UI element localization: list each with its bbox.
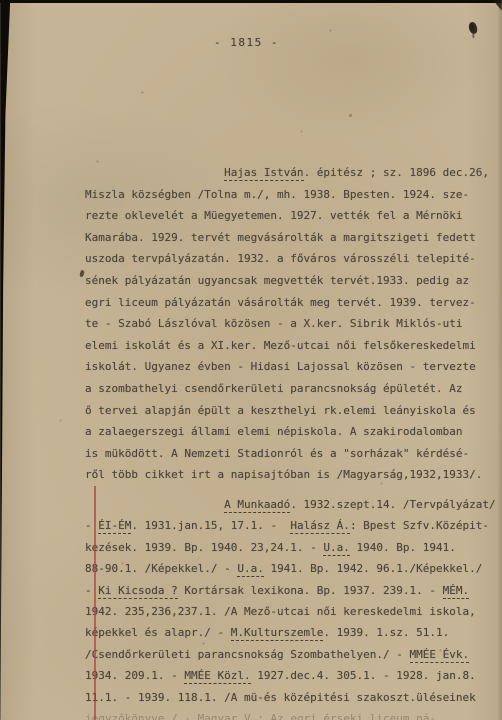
text-line: elemi iskolát és a XI.ker. Mező-utcai nő… (85, 339, 476, 354)
text-segment: 1940. Bp. 1941. (350, 541, 456, 554)
text-segment: Kortársak lexikona. Bp. 1937. 239.1. - (178, 584, 443, 597)
underlined-text: U.a. (237, 562, 264, 577)
stray-mark (79, 270, 85, 278)
red-margin-line (94, 486, 96, 720)
text-segment: a szombathelyi csendőrkerületi parancsno… (85, 382, 463, 395)
page-number: - 1815 - (214, 36, 279, 49)
text-segment: elemi iskolát és a XI.ker. Mező-utcai nő… (85, 339, 476, 352)
text-segment: uszoda tervpályázatán. 1932. a főváros v… (85, 252, 476, 265)
text-segment: iskolát. Ugyanez évben - Hidasi Lajossal… (85, 360, 476, 373)
text-line: jegyzőkönyve./ - Magyar V.: Az egri érse… (85, 712, 436, 720)
scan-edge-top (0, 0, 502, 3)
text-segment: 1942. 235,236,237.1. /A Mező-utcai női k… (85, 605, 476, 618)
text-line: a zalaegerszegi állami elemi népiskola. … (85, 425, 463, 440)
underlined-text: MMÉE Közl. (184, 669, 250, 684)
text-segment: 1927.dec.4. 305.1. - 1928. jan.8. (251, 669, 476, 682)
text-line: sének pályázatán ugyancsak megvették ter… (85, 274, 469, 289)
underlined-text: MÉM. (443, 584, 470, 599)
text-line: egri liceum pályázatán vásárolták meg te… (85, 296, 476, 311)
text-line: te - Szabó Lászlóval közösen - a X.ker. … (85, 317, 463, 332)
text-segment: sének pályázatán ugyancsak megvették ter… (85, 274, 469, 287)
text-line: 1934. 209.1. - MMÉE Közl. 1927.dec.4. 30… (85, 669, 476, 684)
underlined-text: M.Kulturszemle (231, 626, 324, 641)
text-segment: ről több cikket irt a napisajtóban is /M… (85, 468, 482, 481)
text-segment: egri liceum pályázatán vásárolták meg te… (85, 296, 476, 309)
underlined-text: Hajas István (224, 166, 303, 181)
underlined-text: MMÉE Évk. (410, 648, 470, 663)
text-line: Hajas István. épitész ; sz. 1896 dec.26, (85, 166, 489, 181)
text-line: kezések. 1939. Bp. 1940. 23,24.1. - U.a.… (85, 541, 456, 556)
text-segment: a zalaegerszegi állami elemi népiskola. … (85, 425, 463, 438)
text-line: rezte oklevelét a Müegyetemen. 1927. vet… (85, 209, 463, 224)
text-segment: : Az egri érseki liceum pá- (257, 712, 436, 720)
text-segment: - (85, 519, 98, 532)
text-line: 11.1. - 1939. 118.1. /A mü-és középitési… (85, 691, 476, 706)
text-segment: . 1939. 1.sz. 51.1. (323, 626, 449, 639)
text-line: Kamarába. 1929. tervét megvásárolták a m… (85, 231, 476, 246)
text-segment: - (85, 584, 98, 597)
text-segment: rezte oklevelét a Müegyetemen. 1927. vet… (85, 209, 463, 222)
text-line: képekkel és alapr./ - M.Kulturszemle. 19… (85, 626, 449, 641)
text-line: is müködött. A Nemzeti Stadionról és a "… (85, 447, 469, 462)
text-line: uszoda tervpályázatán. 1932. a főváros v… (85, 252, 476, 267)
text-segment: 1941. Bp. 1942. 96.1./Képekkel./ (264, 562, 483, 575)
text-line: a szombathelyi csendőrkerületi parancsno… (85, 382, 463, 397)
text-segment: jegyzőkönyve./ - (85, 712, 198, 720)
underlined-text: Magyar V. (198, 712, 258, 720)
text-line: 1942. 235,236,237.1. /A Mező-utcai női k… (85, 605, 476, 620)
text-line: A Munkaadó. 1932.szept.14. /Tervpályázat… (85, 498, 496, 513)
text-segment: 11.1. - 1939. 118.1. /A mü-és középitési… (85, 691, 476, 704)
text-segment (85, 498, 224, 511)
underlined-text: A Munkaadó (224, 498, 290, 513)
text-line: iskolát. Ugyanez évben - Hidasi Lajossal… (85, 360, 476, 375)
text-line: /Csendőrkerületi parancsnokság Szombathe… (85, 648, 469, 663)
text-segment: . 1932.szept.14. /Tervpályázat/ (290, 498, 495, 511)
text-segment: is müködött. A Nemzeti Stadionról és a "… (85, 447, 469, 460)
text-segment: 1934. 209.1. - (85, 669, 184, 682)
text-line: - Ki Kicsoda ? Kortársak lexikona. Bp. 1… (85, 584, 469, 599)
text-segment: te - Szabó Lászlóval közösen - a X.ker. … (85, 317, 463, 330)
text-segment: 88-90.1. /Képekkel./ - (85, 562, 237, 575)
scan-edge-left (0, 0, 12, 720)
ink-blot (467, 21, 478, 35)
text-segment: . épitész ; sz. 1896 dec.26, (304, 166, 489, 179)
paper-speckles (0, 0, 1, 1)
text-line: Miszla községben /Tolna m./, mh. 1938. B… (85, 188, 469, 203)
text-segment: : Bpest Szfv.Középit- (350, 519, 489, 532)
text-segment (85, 166, 224, 179)
underlined-text: U.a. (323, 541, 350, 556)
text-segment: kezések. 1939. Bp. 1940. 23,24.1. - (85, 541, 323, 554)
scan-edge-right-shade (497, 0, 502, 720)
text-segment: Kamarába. 1929. tervét megvásárolták a m… (85, 231, 476, 244)
scanned-document-page: - 1815 - Hajas István. épitész ; sz. 189… (0, 0, 502, 720)
text-segment: ő tervei alapján épült a keszthelyi rk.e… (85, 404, 476, 417)
text-segment: képekkel és alapr./ - (85, 626, 231, 639)
text-segment: /Csendőrkerületi parancsnokság Szombathe… (85, 648, 410, 661)
text-line: 88-90.1. /Képekkel./ - U.a. 1941. Bp. 19… (85, 562, 482, 577)
text-segment: . 1931.jan.15, 17.1. - (131, 519, 290, 532)
underlined-text: ÉI-ÉM (98, 519, 131, 534)
text-line: - ÉI-ÉM. 1931.jan.15, 17.1. - Halász Á.:… (85, 519, 489, 534)
text-segment: Miszla községben /Tolna m./, mh. 1938. B… (85, 188, 469, 201)
text-line: ő tervei alapján épült a keszthelyi rk.e… (85, 404, 476, 419)
text-line: ről több cikket irt a napisajtóban is /M… (85, 468, 482, 483)
underlined-text: Halász Á. (290, 519, 350, 534)
underlined-text: Ki Kicsoda ? (98, 584, 177, 599)
